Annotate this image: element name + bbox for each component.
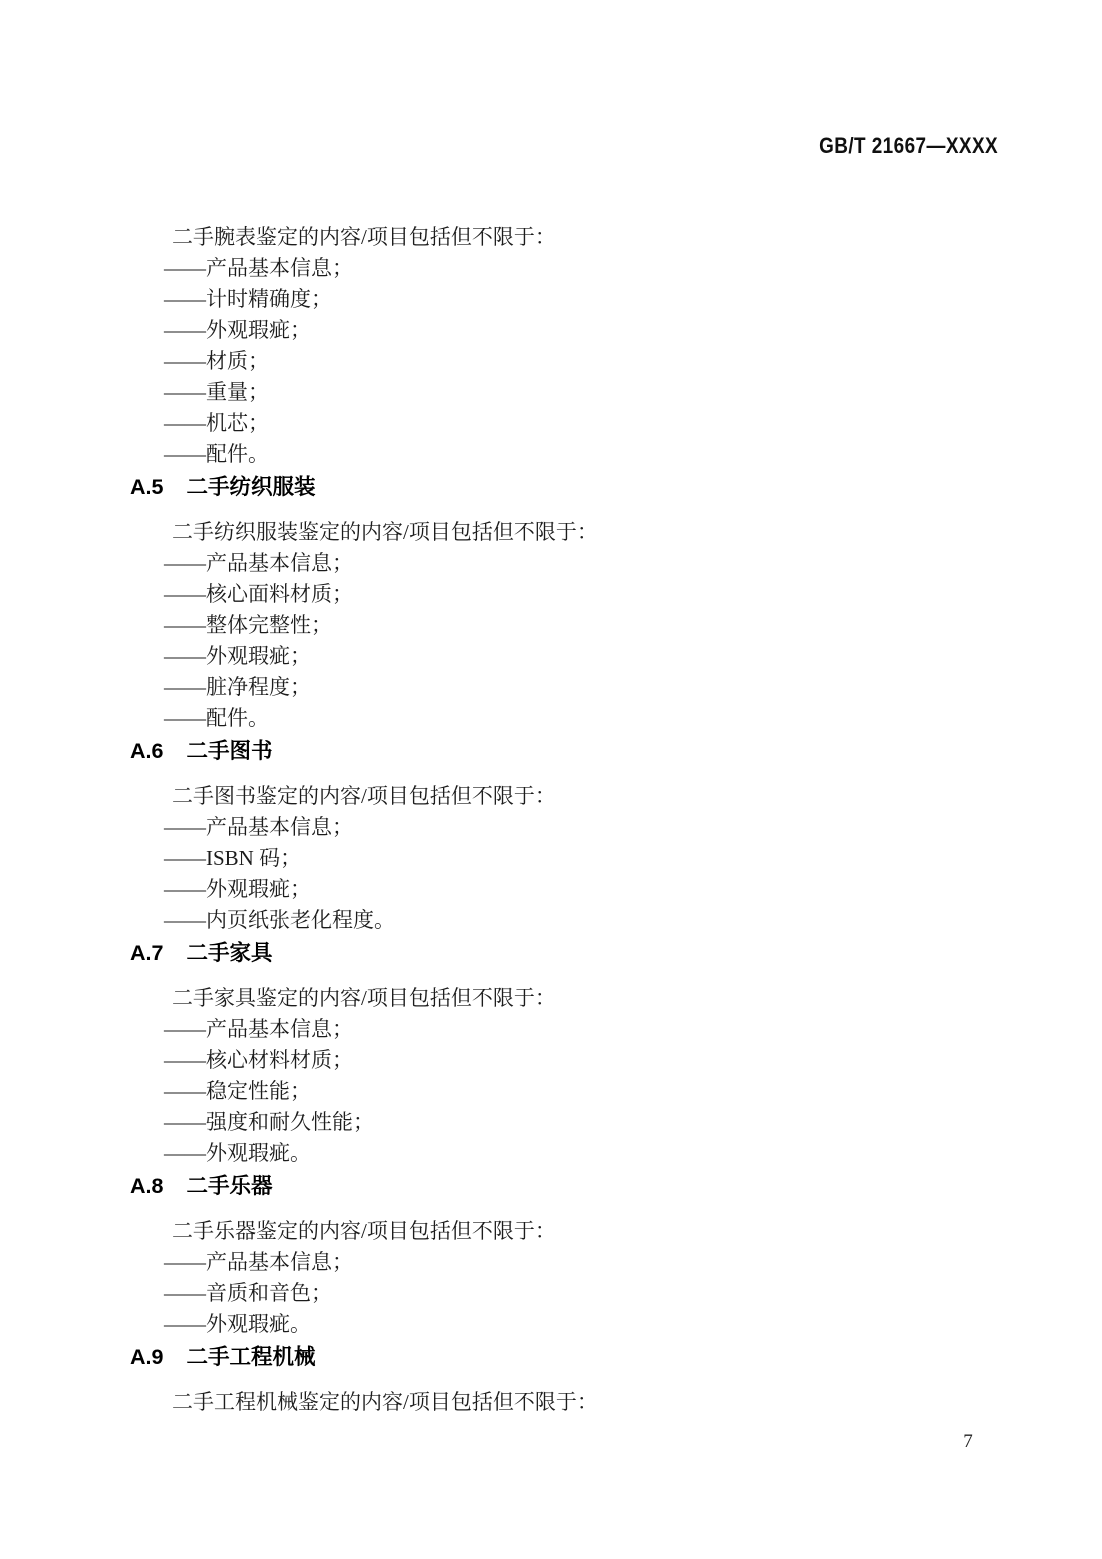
page-number: 7 [955, 1431, 981, 1453]
section-heading: A.9 二手工程机械 [130, 1342, 1020, 1373]
list-item: ——音质和音色； [130, 1278, 1020, 1309]
list-item: ——核心面料材质； [130, 579, 1020, 610]
list-item: ——外观瑕疵； [130, 641, 1020, 672]
list-item: ——机芯； [130, 408, 1020, 439]
section-number: A.8 [130, 1171, 163, 1202]
list-item: ——配件。 [130, 703, 1020, 734]
list-item: ——整体完整性； [130, 610, 1020, 641]
section-heading: A.8 二手乐器 [130, 1171, 1020, 1202]
section-a9-used-construction-machinery: A.9 二手工程机械 二手工程机械鉴定的内容/项目包括但不限于： [130, 1342, 1020, 1418]
list-item: ——稳定性能； [130, 1076, 1020, 1107]
list-item: ——强度和耐久性能； [130, 1107, 1020, 1138]
section-a6-used-books: A.6 二手图书 二手图书鉴定的内容/项目包括但不限于： ——产品基本信息； —… [130, 736, 1020, 936]
section-number: A.9 [130, 1342, 163, 1373]
section-title: 二手纺织服装 [186, 475, 315, 499]
list-intro: 二手乐器鉴定的内容/项目包括但不限于： [130, 1216, 1020, 1247]
document-code-header: GB/T 21667—XXXX [819, 133, 998, 159]
section-title: 二手家具 [186, 941, 272, 965]
section-heading: A.6 二手图书 [130, 736, 1020, 767]
section-heading: A.5 二手纺织服装 [130, 472, 1020, 503]
section-number: A.7 [130, 938, 163, 969]
section-a5-textile-clothing: A.5 二手纺织服装 二手纺织服装鉴定的内容/项目包括但不限于： ——产品基本信… [130, 472, 1020, 734]
list-item: ——外观瑕疵。 [130, 1138, 1020, 1169]
list-item: ——脏净程度； [130, 672, 1020, 703]
section-number: A.5 [130, 472, 163, 503]
list-item: ——产品基本信息； [130, 1014, 1020, 1045]
list-item: ——产品基本信息； [130, 253, 1020, 284]
section-title: 二手图书 [186, 739, 272, 763]
list-item: ——产品基本信息； [130, 812, 1020, 843]
list-item: ——产品基本信息； [130, 548, 1020, 579]
list-intro: 二手图书鉴定的内容/项目包括但不限于： [130, 781, 1020, 812]
list-intro: 二手纺织服装鉴定的内容/项目包括但不限于： [130, 517, 1020, 548]
section-a8-used-instruments: A.8 二手乐器 二手乐器鉴定的内容/项目包括但不限于： ——产品基本信息； —… [130, 1171, 1020, 1340]
list-intro: 二手家具鉴定的内容/项目包括但不限于： [130, 983, 1020, 1014]
list-item: ——外观瑕疵。 [130, 1309, 1020, 1340]
list-item: ——配件。 [130, 439, 1020, 470]
list-intro: 二手工程机械鉴定的内容/项目包括但不限于： [130, 1387, 1020, 1418]
document-page: GB/T 21667—XXXX 二手腕表鉴定的内容/项目包括但不限于： ——产品… [0, 0, 1102, 1559]
section-title: 二手工程机械 [186, 1345, 315, 1369]
section-number: A.6 [130, 736, 163, 767]
list-item: ——外观瑕疵； [130, 315, 1020, 346]
section-a7-used-furniture: A.7 二手家具 二手家具鉴定的内容/项目包括但不限于： ——产品基本信息； —… [130, 938, 1020, 1169]
list-item: ——产品基本信息； [130, 1247, 1020, 1278]
list-item: ——重量； [130, 377, 1020, 408]
list-item: ——内页纸张老化程度。 [130, 905, 1020, 936]
section-watch-items: 二手腕表鉴定的内容/项目包括但不限于： ——产品基本信息； ——计时精确度； —… [130, 222, 1020, 470]
list-intro: 二手腕表鉴定的内容/项目包括但不限于： [130, 222, 1020, 253]
list-item: ——材质； [130, 346, 1020, 377]
section-title: 二手乐器 [186, 1174, 272, 1198]
list-item: ——计时精确度； [130, 284, 1020, 315]
list-item: ——核心材料材质； [130, 1045, 1020, 1076]
section-heading: A.7 二手家具 [130, 938, 1020, 969]
list-item: ——外观瑕疵； [130, 874, 1020, 905]
document-content: 二手腕表鉴定的内容/项目包括但不限于： ——产品基本信息； ——计时精确度； —… [130, 222, 1020, 1418]
list-item: ——ISBN 码； [130, 843, 1020, 874]
